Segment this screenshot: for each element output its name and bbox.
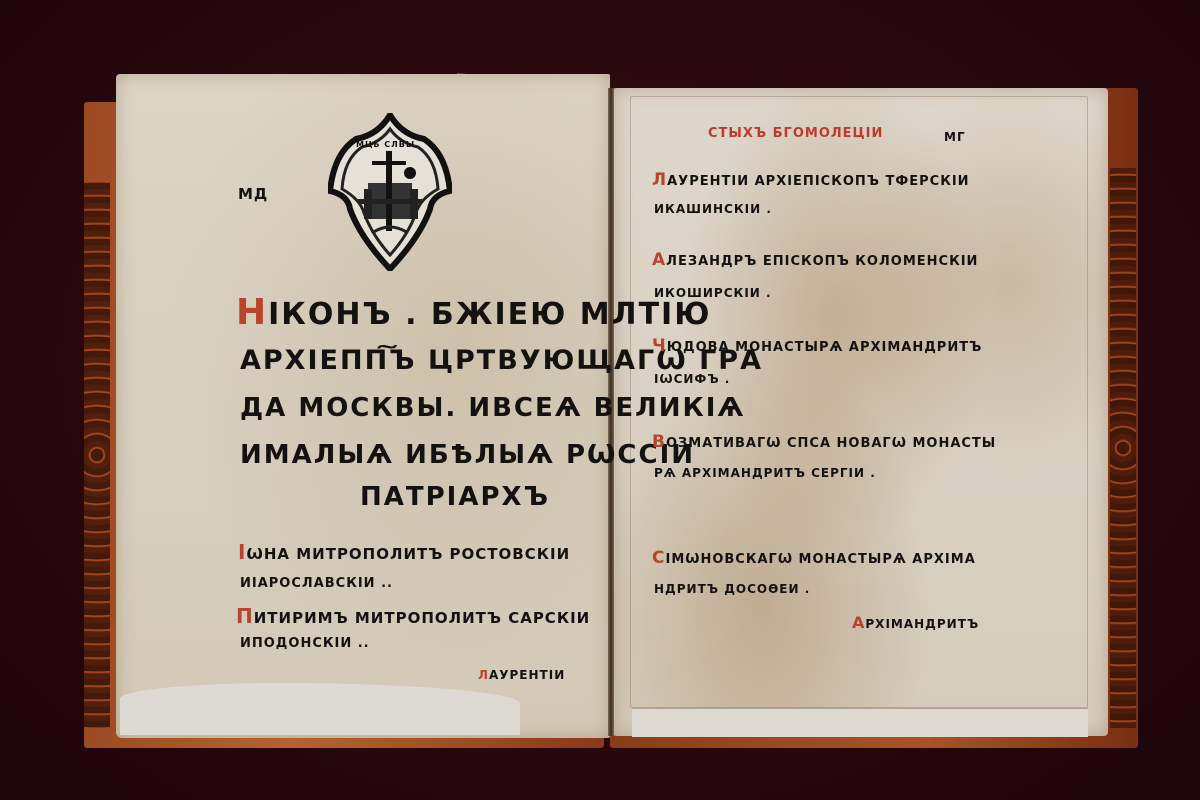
- title-line: ДА МОСКВЫ. ИВСЕѦ ВЕЛИКІѦ: [240, 393, 745, 423]
- catchword: АРХІМАНДРИТЪ: [852, 613, 979, 632]
- entry-line: ИКАШИНСКІИ .: [654, 202, 772, 216]
- entry-line: ПИТИРИМЪ МИТРОПОЛИТЪ САРСКІИ: [236, 604, 590, 628]
- title-line: НІКОНЪ . БЖІЕЮ МЛТІЮ: [236, 292, 711, 333]
- entry-line: РѦ АРХІМАНДРИТЪ СЕРГІИ .: [654, 466, 876, 480]
- entry-line: НДРИТЪ ДОСОѲЕИ .: [654, 582, 810, 596]
- marbled-paper-edge: [1110, 168, 1136, 728]
- folio-mark: МГ: [944, 130, 966, 144]
- entry-line: ИІАРОСЛАВСКІИ ..: [240, 576, 393, 591]
- entry-line: АЛЕЗАНДРЪ ЕПІСКОПЪ КОЛОМЕНСКІИ: [652, 250, 978, 270]
- entry-line: ИКОШИРСКІИ .: [654, 286, 772, 300]
- marbled-paper-edge: [84, 182, 110, 728]
- repaired-paper-patch: [120, 683, 520, 735]
- entry-line: СІМѠНОВСКАГѠ МОНАСТЫРѦ АРХІМА: [652, 548, 976, 568]
- rubric-header: СТЫХЪ БГОМОЛЕЦІИ: [708, 126, 883, 141]
- entry-line: ЧЮДОВА МОНАСТЫРѦ АРХІМАНДРИТЪ: [652, 336, 982, 356]
- catchword: ЛАУРЕНТІИ: [478, 668, 565, 682]
- entry-line: ВОЗМАТИВАГѠ СПСА НОВАГѠ МОНАСТЫ: [652, 432, 996, 452]
- ornament-inscription: МЦЬ СЛВЫ: [356, 140, 415, 149]
- entry-line: ИПОДОНСКІИ ..: [240, 636, 370, 651]
- entry-line: ІѠНА МИТРОПОЛИТЪ РОСТОВСКІИ: [238, 540, 570, 564]
- title-line: ИМАЛЫѦ ИБѢЛЫѦ РѠССІИ: [240, 440, 695, 470]
- folio-mark: МД: [238, 185, 268, 203]
- woodcut-ornament-icon: [328, 113, 452, 271]
- repair-strip: [632, 708, 1088, 737]
- title-line: ПАТРІАРХЪ: [360, 482, 550, 512]
- entry-line: ІѠСИФЪ .: [654, 372, 730, 386]
- entry-line: ЛАУРЕНТІИ АРХІЕПІСКОПЪ ТФЕРСКІИ: [652, 170, 970, 190]
